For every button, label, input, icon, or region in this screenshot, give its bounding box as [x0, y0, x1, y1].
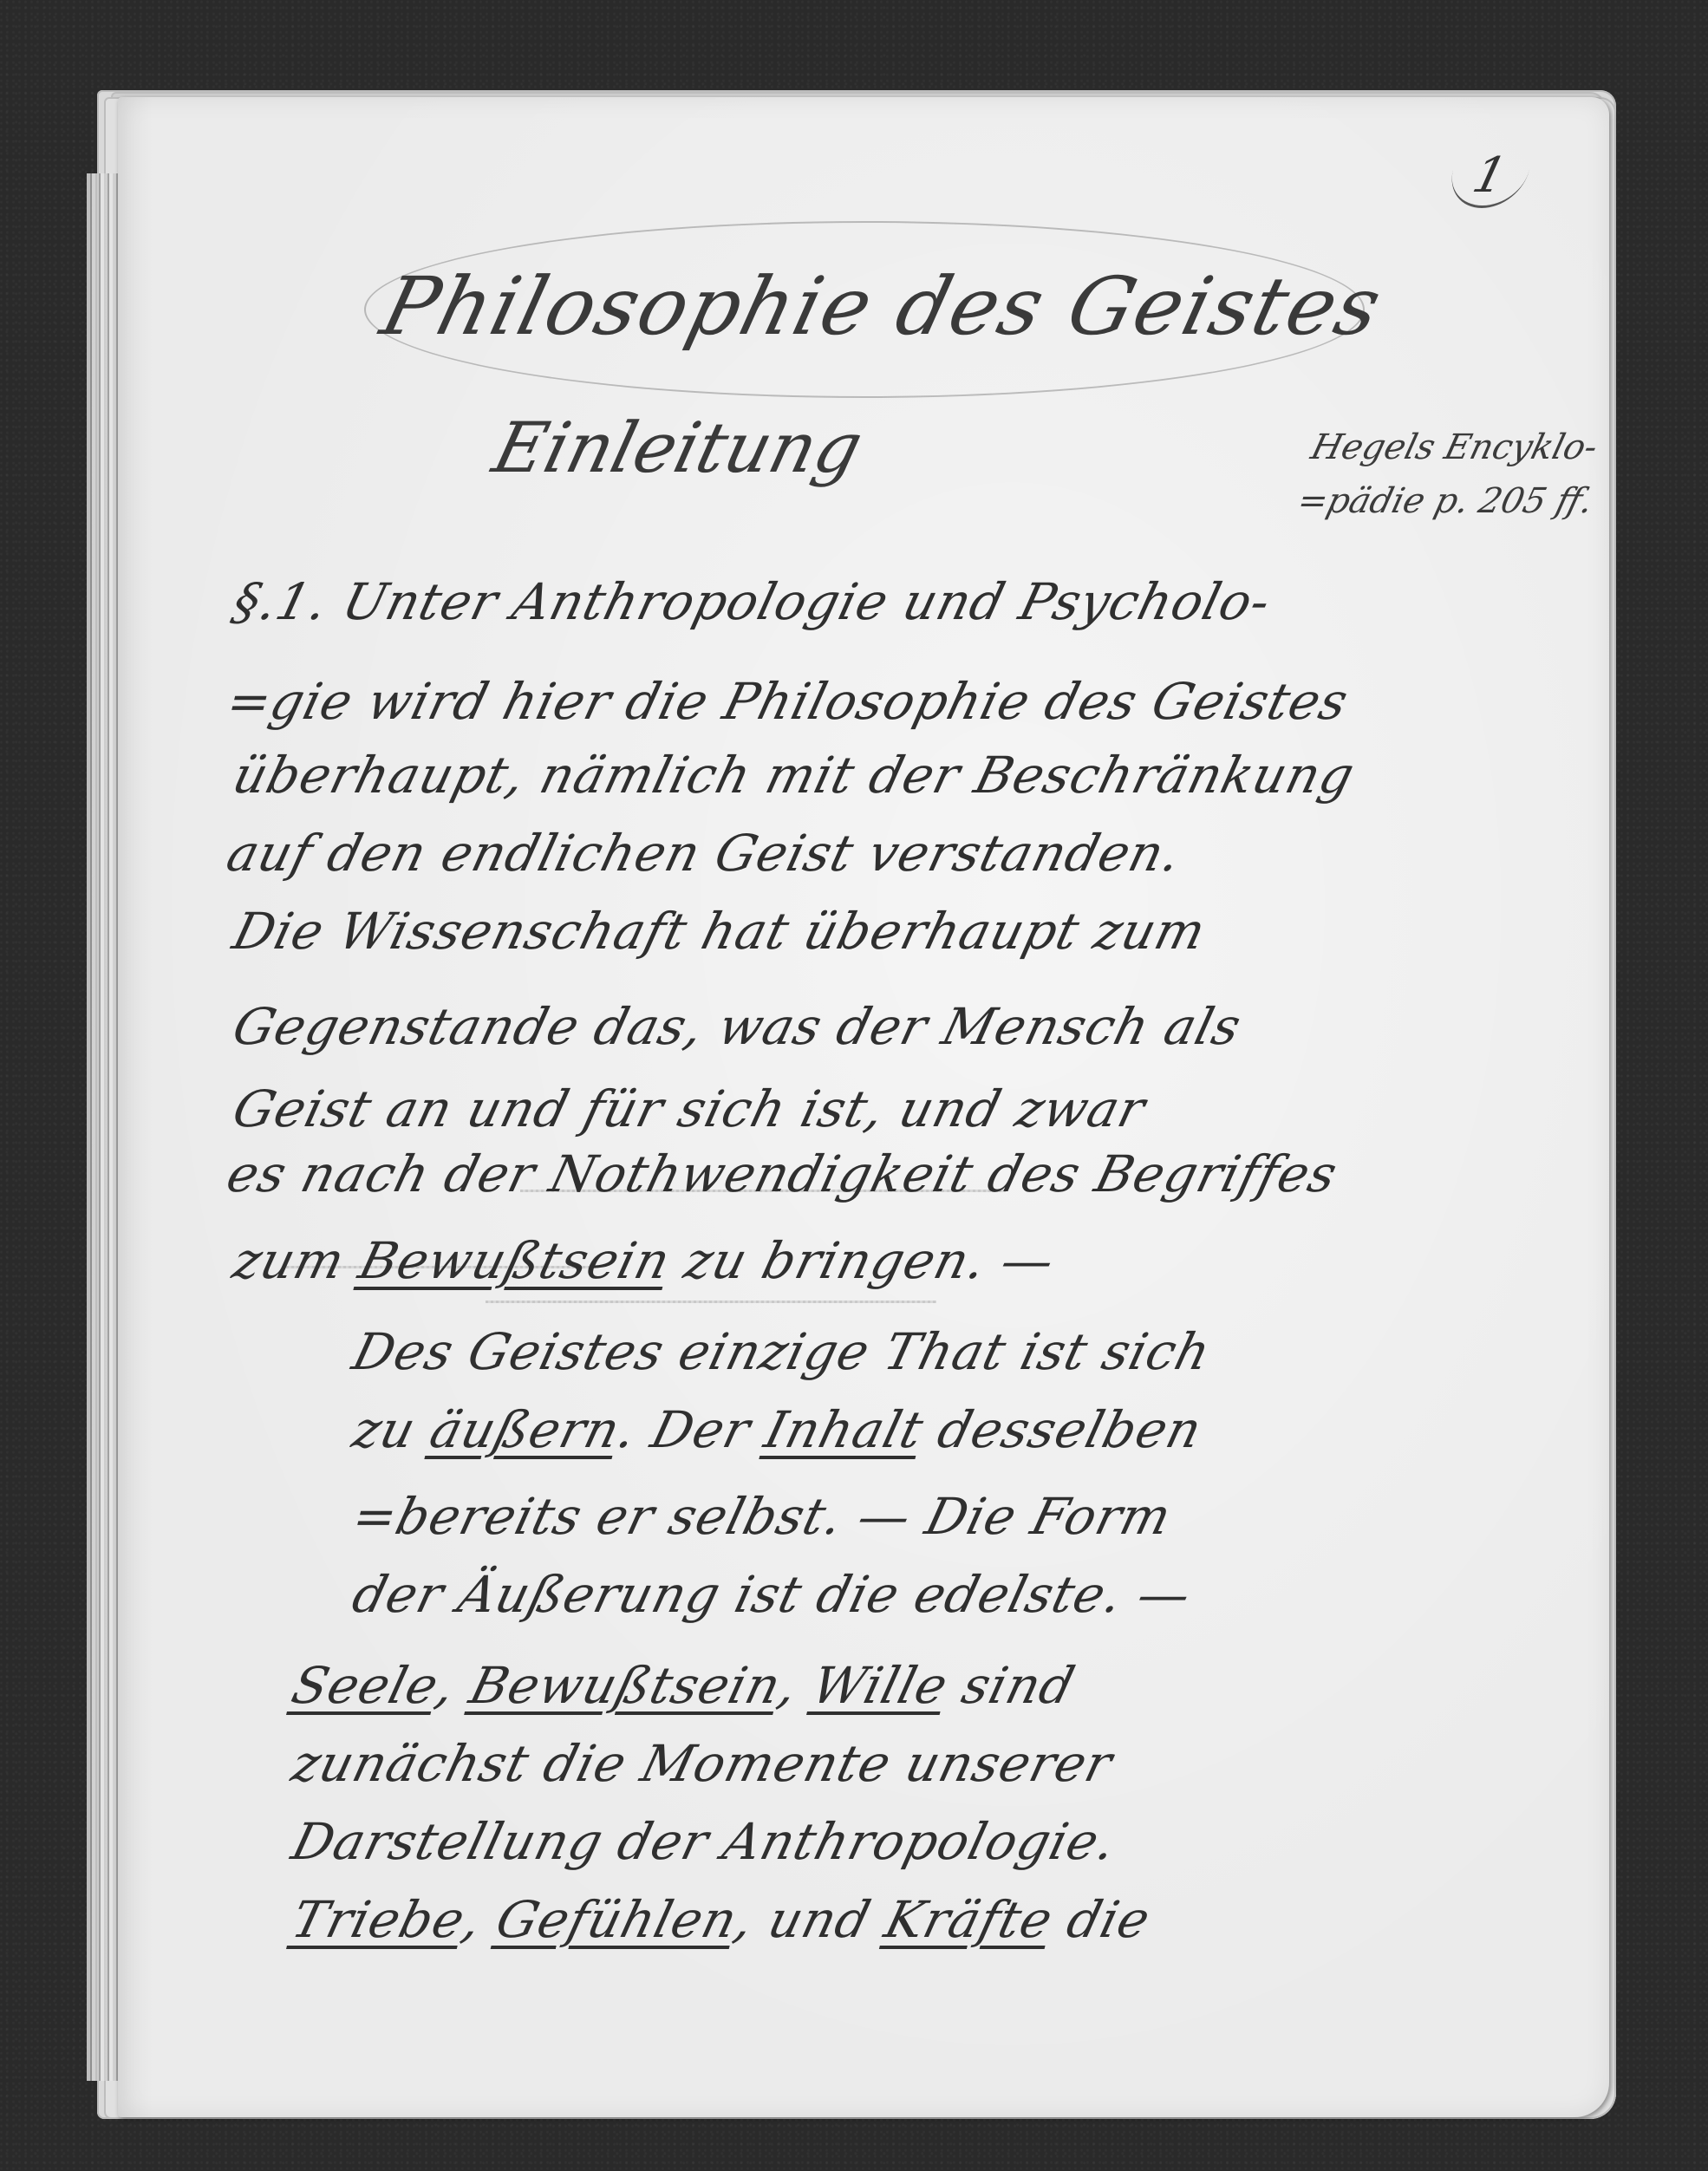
- text-line: §.1. Unter Anthropologie und Psycholo-: [227, 572, 1277, 631]
- text-line: =bereits er selbst. — Die Form: [347, 1487, 1177, 1546]
- text-line: Die Wissenschaft hat überhaupt zum: [227, 902, 1212, 961]
- margin-note-line: =pädie p. 205 ff.: [1292, 474, 1599, 528]
- text-line: =gie wird hier die Philosophie des Geist…: [221, 672, 1354, 731]
- margin-note: Hegels Encyklo- =pädie p. 205 ff.: [1292, 421, 1613, 528]
- text-line: der Äußerung ist die edelste. —: [347, 1565, 1197, 1624]
- binding-thread: [87, 173, 118, 2081]
- underlined-word: Triebe: [286, 1890, 472, 1949]
- scanned-manuscript: 1 Philosophie des Geistes Einleitung Heg…: [0, 0, 1708, 2171]
- underlined-word: Inhalt: [759, 1400, 929, 1459]
- text-line: zunächst die Momente unserer: [286, 1734, 1118, 1793]
- text-line: Des Geistes einzige That ist sich: [347, 1322, 1217, 1381]
- text-line: Seele, Bewußtsein, Wille sind: [286, 1656, 1081, 1715]
- underlined-word: Kräfte: [879, 1890, 1059, 1949]
- text-line: zum Bewußtsein zu bringen. —: [227, 1231, 1061, 1290]
- underlined-word: Bewußtsein: [353, 1231, 676, 1290]
- underlined-word: Gefühlen: [491, 1890, 744, 1949]
- text-line: Darstellung der Anthropologie.: [286, 1812, 1123, 1871]
- paper-crease: [486, 1301, 936, 1303]
- underlined-word: Bewußtsein: [464, 1656, 787, 1715]
- text-line: es nach der Nothwendigkeit des Begriffes: [221, 1144, 1344, 1203]
- text-line: Gegenstande das, was der Mensch als: [227, 997, 1248, 1056]
- text-line: auf den endlichen Geist verstanden.: [221, 824, 1188, 883]
- section-heading: Einleitung: [486, 407, 870, 488]
- underlined-word: Seele: [286, 1656, 445, 1715]
- text-line: Geist an und für sich ist, und zwar: [227, 1079, 1151, 1138]
- text-line: zu äußern. Der Inhalt desselben: [347, 1400, 1208, 1459]
- margin-note-line: Hegels Encyklo-: [1305, 421, 1612, 474]
- text-line: Triebe, Gefühlen, und Kräfte die: [286, 1890, 1157, 1949]
- underlined-word: Wille: [806, 1656, 955, 1715]
- underlined-word: äußern: [424, 1400, 626, 1459]
- page-title: Philosophie des Geistes: [373, 260, 1392, 353]
- text-line: überhaupt, nämlich mit der Beschränkung: [227, 746, 1360, 805]
